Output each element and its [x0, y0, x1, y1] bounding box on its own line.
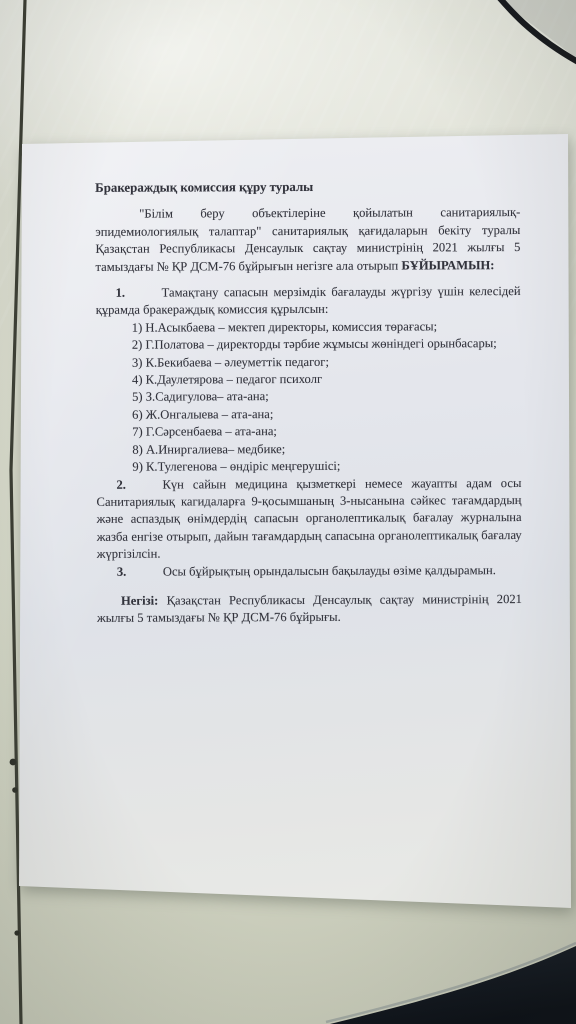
commission-member-item: 6) Ж.Онгалыева – ата-ана;: [132, 405, 521, 424]
commission-member-item: 1) Н.Асыкбаева – мектеп директоры, комис…: [132, 318, 521, 337]
commission-member-item: 7) Г.Сәрсенбаева – ата-ана;: [132, 422, 521, 441]
order-item-2: 2.Күн сайын медицина қызметкері немесе ж…: [96, 475, 521, 564]
cable-knot: [14, 930, 19, 935]
basis-label: Негізі:: [121, 594, 158, 608]
photo-scene: Бракераждық комиссия құру туралы "Білім …: [0, 0, 576, 1024]
order-keyword: БҰЙЫРАМЫН:: [401, 258, 494, 272]
document-title: Бракераждық комиссия құру туралы: [95, 178, 520, 197]
commission-member-item: 3) К.Бекибаева – әлеуметтік педагог;: [132, 353, 521, 372]
basis-paragraph: Негізі: Қазақстан Республикасы Денсаулық…: [97, 591, 522, 628]
order-item-3: 3.Осы бұйрықтың орындалысын бақылауды өз…: [97, 562, 522, 581]
item-text: Осы бұйрықтың орындалысын бақылауды өзім…: [163, 563, 496, 578]
commission-member-list: 1) Н.Асыкбаева – мектеп директоры, комис…: [132, 318, 522, 476]
item-number: 3.: [97, 563, 163, 581]
commission-member-item: 4) К.Даулетярова – педагог психолг: [132, 370, 521, 389]
commission-member-item: 8) А.Иниргалиева– медбике;: [132, 440, 521, 459]
order-item-1: 1.Тамақтану сапасын мерзімдік бағалауды …: [96, 283, 521, 320]
document-content: Бракераждық комиссия құру туралы "Білім …: [17, 131, 572, 628]
commission-member-item: 2) Г.Полатова – директорды тәрбие жұмысы…: [132, 335, 521, 354]
basis-text: Қазақстан Республикасы Денсаулық сақтау …: [97, 592, 522, 625]
intro-paragraph: "Білім беру объектілеріне қойылатын сани…: [95, 204, 520, 275]
item-number: 1.: [96, 285, 162, 303]
cable-knot: [10, 759, 17, 766]
paper-sheet: Бракераждық комиссия құру туралы "Білім …: [18, 132, 571, 912]
commission-member-item: 5) З.Садигулова– ата-ана;: [132, 387, 521, 406]
paper-shadow-wrap: Бракераждық комиссия құру туралы "Білім …: [18, 132, 571, 912]
commission-member-item: 9) К.Тулегенова – өндіріс меңгерушісі;: [132, 457, 521, 476]
item-number: 2.: [96, 476, 162, 494]
cable-knot: [12, 787, 18, 793]
